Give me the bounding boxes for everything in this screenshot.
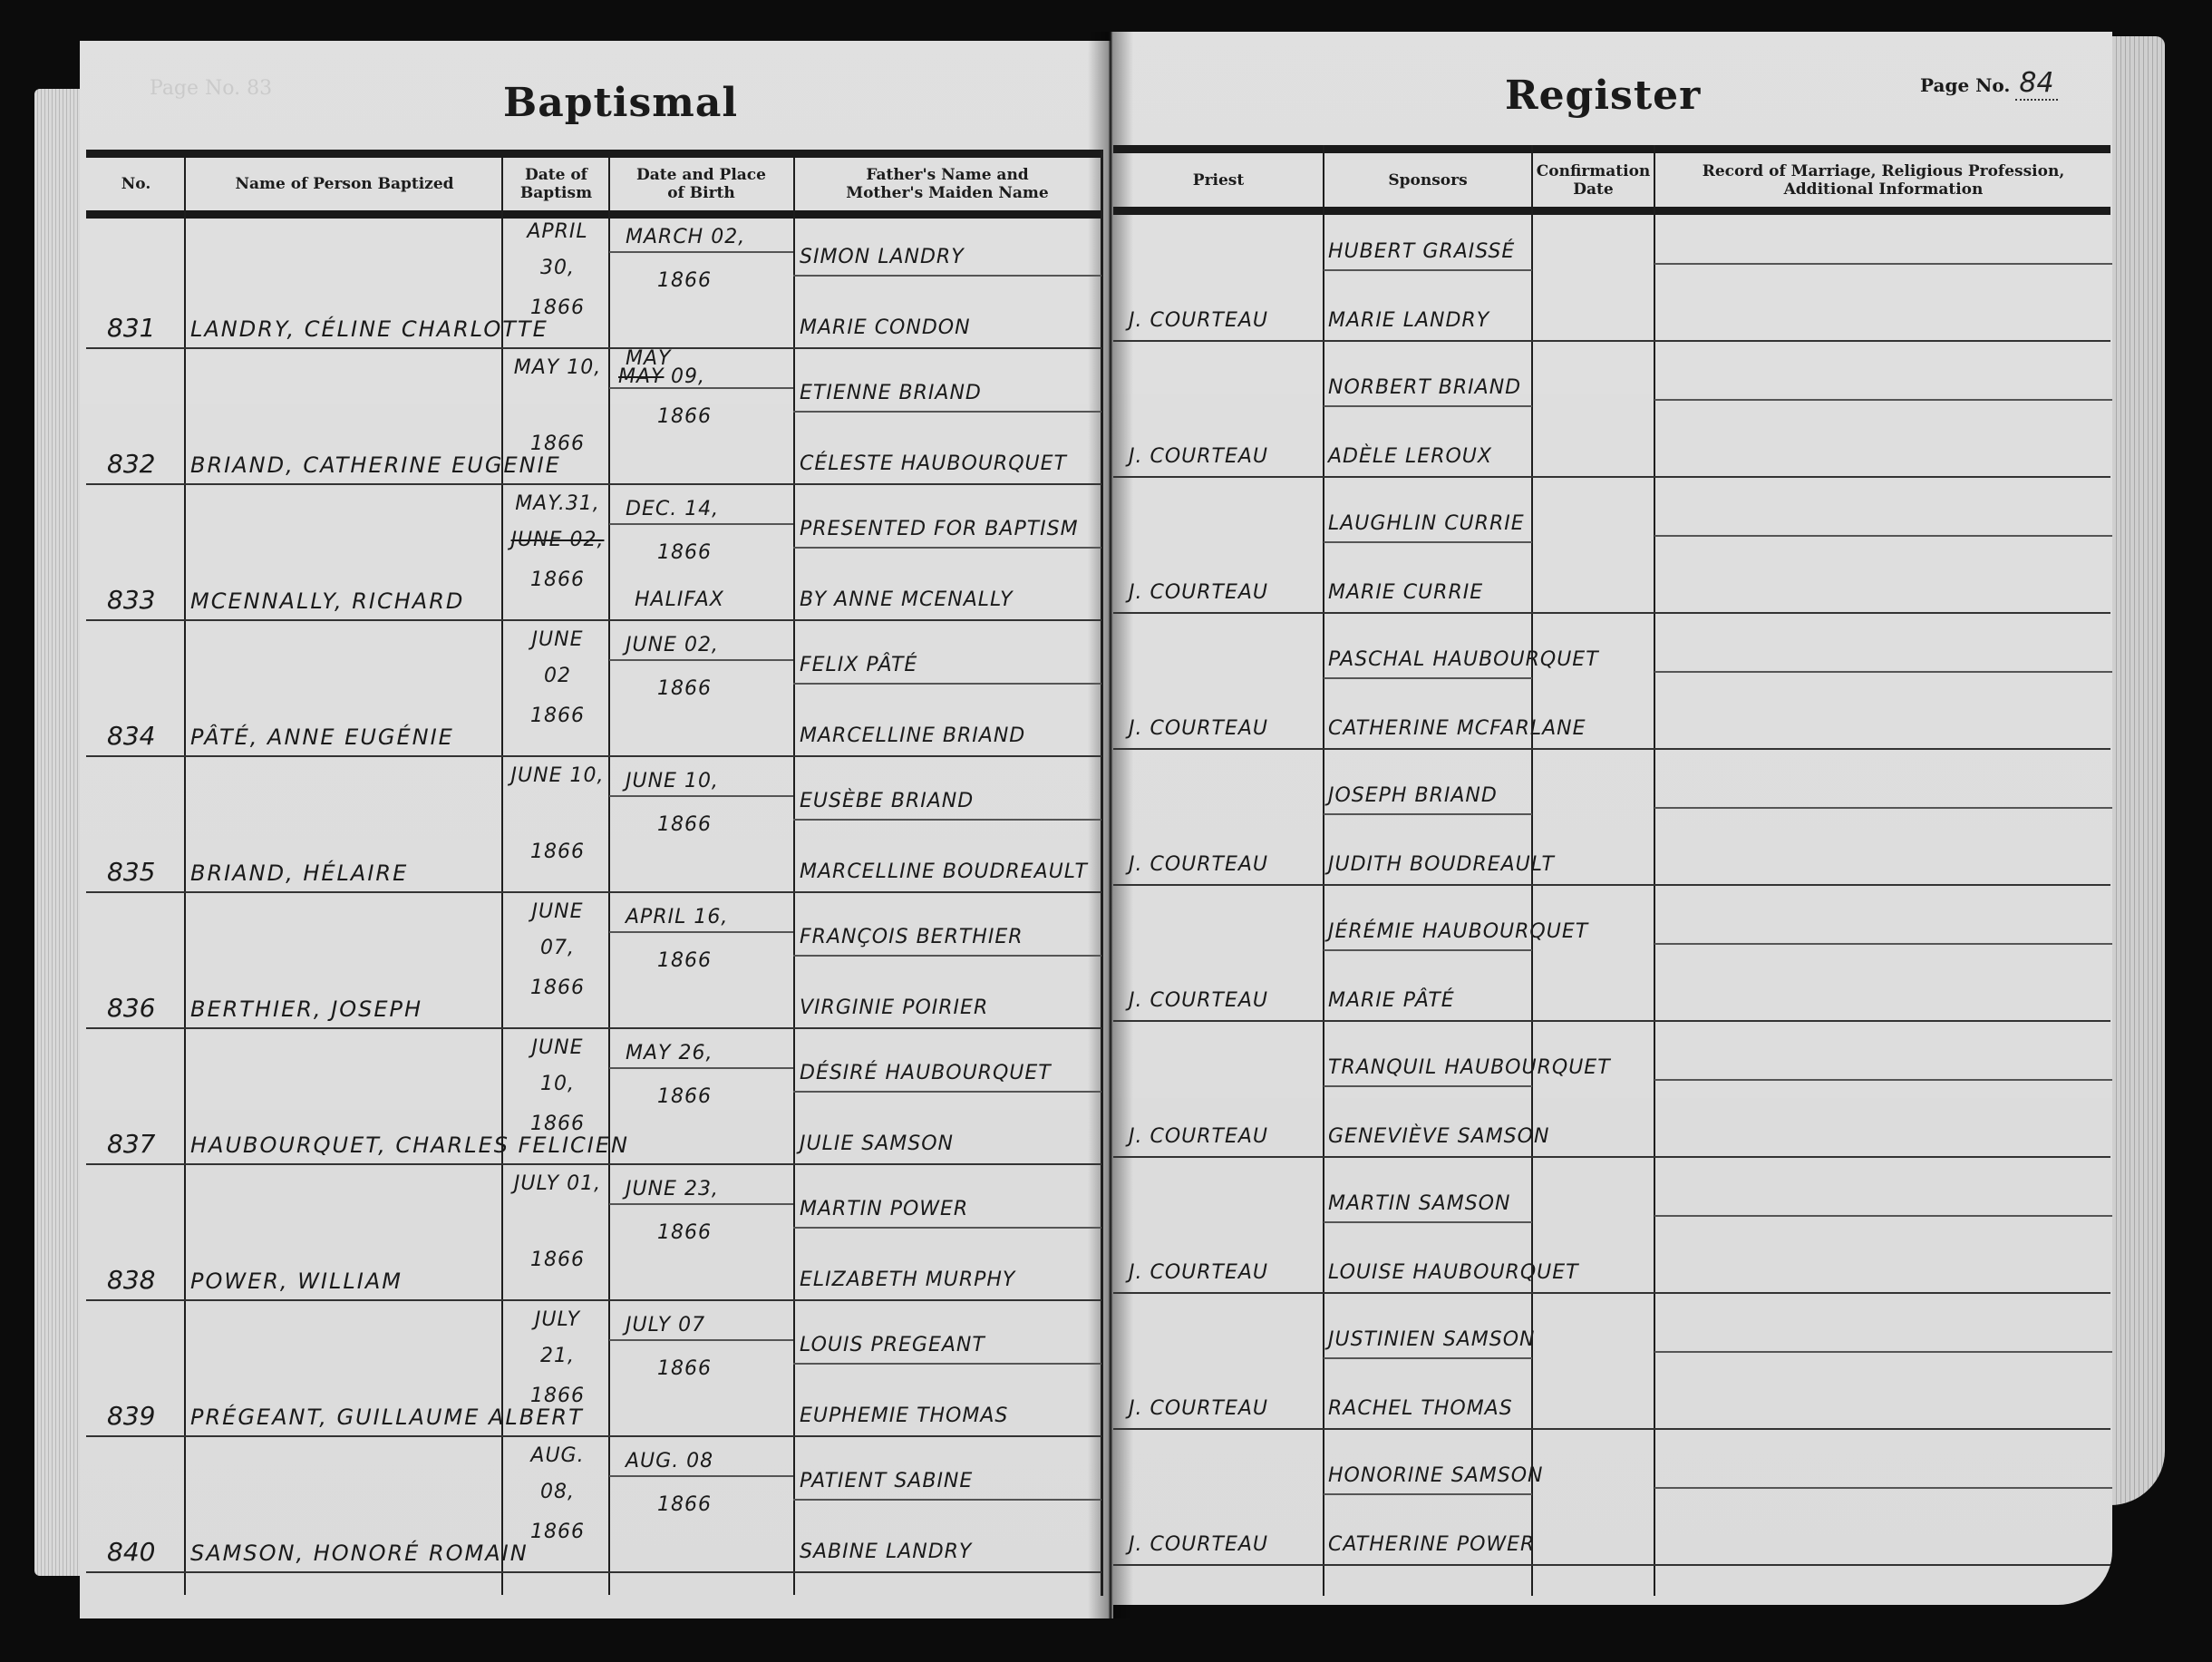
- col-header-date-of-baptism: Date ofBaptism: [503, 158, 609, 210]
- row-divider: [86, 483, 1101, 485]
- row-divider: [86, 891, 1101, 893]
- parents-divider: [793, 411, 1101, 413]
- header-bottom-rule-left: [86, 210, 1101, 219]
- sponsor-1: NORBERT BRIAND: [1328, 376, 1521, 399]
- father-name: PATIENT SABINE: [800, 1470, 973, 1492]
- record-divider: [1654, 263, 2112, 265]
- right-page-title: Register: [1505, 73, 1701, 119]
- birth-date-underline: [609, 659, 793, 661]
- sponsor-2: MARIE CURRIE: [1328, 581, 1483, 604]
- birth-date: JUNE 10,: [626, 770, 719, 792]
- mother-maiden-name: MARCELLINE BRIAND: [800, 724, 1025, 747]
- row-divider: [86, 1435, 1101, 1437]
- col-header-sponsors: Sponsors: [1324, 154, 1532, 207]
- sponsor-2: CATHERINE McFARLANE: [1328, 717, 1586, 740]
- father-name: ETIENNE BRIAND: [800, 382, 982, 404]
- row-divider: [1113, 340, 2110, 342]
- sponsor-1: JOSEPH BRIAND: [1328, 784, 1498, 807]
- birth-date: JULY 07: [626, 1314, 705, 1336]
- row-divider: [1113, 1156, 2110, 1158]
- person-baptized: SAMSON, HONORÉ ROMAIN: [190, 1541, 529, 1566]
- col-divider: [184, 158, 186, 1595]
- right-page: [1111, 32, 2112, 1605]
- baptism-date-line-1: JULY 01,: [508, 1172, 607, 1195]
- bleed-through-text: Page No. 83: [150, 77, 272, 100]
- baptism-year: 1866: [508, 1521, 607, 1543]
- sponsors-divider: [1324, 1085, 1532, 1087]
- baptism-date-line-1: JUNE 10,: [508, 764, 607, 787]
- mother-maiden-name: EUPHEMIE THOMAS: [800, 1404, 1008, 1427]
- sponsors-divider: [1324, 1357, 1532, 1359]
- baptism-year: 1866: [508, 1113, 607, 1135]
- priest-name: J. COURTEAU: [1129, 1125, 1268, 1148]
- birth-date-struck: MAY: [618, 365, 664, 388]
- col-header-name: Name of Person Baptized: [186, 158, 503, 210]
- father-name: Presented for Baptism: [800, 518, 1079, 540]
- row-divider: [86, 1027, 1101, 1029]
- person-baptized: BRIAND, HÉLAIRE: [190, 860, 408, 886]
- baptism-year: 1866: [508, 1249, 607, 1271]
- record-divider: [1654, 807, 2112, 809]
- sponsor-1: HUBERT GRAISSÉ: [1328, 240, 1515, 263]
- header-top-rule-right: [1113, 145, 2110, 153]
- birth-year: 1866: [657, 405, 712, 428]
- sponsor-2: CATHERINE POWER: [1328, 1533, 1535, 1556]
- baptism-year: 1866: [508, 1385, 607, 1407]
- record-divider: [1654, 943, 2112, 945]
- baptism-date-line-2: 10,: [508, 1073, 607, 1095]
- baptism-date-line-1: AUG.: [508, 1444, 607, 1467]
- row-divider: [86, 619, 1101, 621]
- birth-date: 09,: [671, 365, 705, 388]
- birth-date: JUNE 02,: [626, 634, 719, 656]
- sponsor-1: TRANQUIL HAUBOURQUET: [1328, 1056, 1611, 1079]
- sponsors-divider: [1324, 405, 1532, 407]
- sponsors-divider: [1324, 813, 1532, 815]
- sponsors-divider: [1324, 949, 1532, 951]
- birth-date: DEC. 14,: [626, 498, 719, 520]
- birth-year: 1866: [657, 677, 712, 700]
- sponsor-2: ADÈLE LEROUX: [1328, 445, 1492, 468]
- baptism-date-line-1: JULY: [508, 1308, 607, 1331]
- row-divider: [86, 1163, 1101, 1165]
- baptism-date-line-2: 30,: [508, 257, 607, 279]
- row-divider: [1113, 884, 2110, 886]
- mother-maiden-name: by ANNE McENALLY: [800, 588, 1014, 611]
- entry-number: 834: [107, 721, 155, 751]
- birth-date-underline: [609, 931, 793, 933]
- col-divider: [1323, 145, 1324, 1596]
- priest-name: J. COURTEAU: [1129, 581, 1268, 604]
- father-name: FELIX PÂTÉ: [800, 654, 917, 676]
- header-top-rule-left: [86, 150, 1101, 158]
- entry-number: 835: [107, 857, 155, 887]
- priest-name: J. COURTEAU: [1129, 717, 1268, 740]
- baptism-date-line-1: JUNE: [508, 1036, 607, 1059]
- birth-year: 1866: [657, 813, 712, 836]
- row-divider: [86, 1299, 1101, 1301]
- row-divider: [86, 1571, 1101, 1573]
- person-baptized: HAUBOURQUET, CHARLES FELICIEN: [190, 1132, 629, 1158]
- birth-year: 1866: [657, 949, 712, 972]
- sponsor-1: PASCHAL HAUBOURQUET: [1328, 648, 1599, 671]
- birth-year: 1866: [657, 1085, 712, 1108]
- record-divider: [1654, 1215, 2112, 1217]
- sponsor-1: JUSTINIEN SAMSON: [1328, 1328, 1536, 1351]
- mother-maiden-name: ELIZABETH MURPHY: [800, 1268, 1015, 1291]
- col-divider: [608, 158, 610, 1595]
- baptism-year: 1866: [508, 977, 607, 999]
- sponsor-1: MARTIN SAMSON: [1328, 1192, 1510, 1215]
- priest-name: J. COURTEAU: [1129, 1397, 1268, 1420]
- baptism-date-line-2: 08,: [508, 1481, 607, 1503]
- page-number: Page No. 84: [1920, 67, 2058, 101]
- person-baptized: MCENNALLY, RICHARD: [190, 588, 464, 614]
- col-divider: [501, 158, 503, 1595]
- person-baptized: PÂTÉ, ANNE EUGÉNIE: [190, 724, 454, 750]
- person-baptized: BRIAND, CATHERINE EUGENIE: [190, 452, 561, 478]
- sponsor-2: LOUISE HAUBOURQUET: [1328, 1261, 1579, 1284]
- entry-number: 832: [107, 449, 155, 479]
- birth-date-underline: [609, 1203, 793, 1205]
- parents-divider: [793, 683, 1101, 685]
- record-divider: [1654, 671, 2112, 673]
- baptism-date-line-1: MAY 10,: [508, 356, 607, 379]
- sponsor-2: MARIE PÂTÉ: [1328, 989, 1455, 1012]
- mother-maiden-name: MARIE CONDON: [800, 316, 971, 339]
- birth-year: 1866: [657, 1493, 712, 1516]
- entry-number: 836: [107, 993, 155, 1023]
- birth-year: 1866: [657, 269, 712, 292]
- sponsors-divider: [1324, 677, 1532, 679]
- baptism-date-line-2: 02: [508, 665, 607, 687]
- baptism-date-line-1: JUNE: [508, 628, 607, 651]
- baptism-date-line-2: 21,: [508, 1345, 607, 1367]
- col-header-priest: Priest: [1113, 154, 1324, 207]
- birth-place: HALIFAX: [635, 588, 724, 611]
- birth-date-underline: [609, 251, 793, 253]
- left-page-title: Baptismal: [503, 80, 738, 126]
- baptism-year: 1866: [508, 433, 607, 455]
- col-divider: [1101, 150, 1103, 1596]
- parents-divider: [793, 275, 1101, 277]
- mother-maiden-name: CÉLESTE HAUBOURQUET: [800, 452, 1067, 475]
- parents-divider: [793, 547, 1101, 549]
- parents-divider: [793, 1499, 1101, 1501]
- birth-date-underline: [609, 795, 793, 797]
- record-divider: [1654, 399, 2112, 401]
- col-header-record: Record of Marriage, Religious Profession…: [1654, 154, 2112, 207]
- parents-divider: [793, 1091, 1101, 1093]
- sponsor-1: LAUGHLIN CURRIE: [1328, 512, 1525, 535]
- father-name: SIMON LANDRY: [800, 246, 965, 268]
- col-header-no: No.: [86, 158, 186, 210]
- record-divider: [1654, 1351, 2112, 1353]
- birth-date: AUG. 08: [626, 1450, 713, 1472]
- sponsors-divider: [1324, 1493, 1532, 1495]
- mother-maiden-name: VIRGINIE POIRIER: [800, 996, 988, 1019]
- sponsors-divider: [1324, 541, 1532, 543]
- row-divider: [1113, 1020, 2110, 1022]
- person-baptized: PRÉGEANT, GUILLAUME ALBERT: [190, 1404, 584, 1430]
- row-divider: [86, 347, 1101, 349]
- baptism-date-line-1: MAY.31,: [508, 492, 607, 515]
- birth-date: APRIL 16,: [626, 906, 728, 928]
- sponsor-2: RACHEL THOMAS: [1328, 1397, 1513, 1420]
- row-divider: [1113, 1564, 2110, 1566]
- priest-name: J. COURTEAU: [1129, 853, 1268, 876]
- entry-number: 831: [107, 313, 155, 343]
- col-divider: [793, 158, 795, 1595]
- birth-year: 1866: [657, 1221, 712, 1244]
- book-gutter: [1088, 32, 1133, 1618]
- baptism-year: 1866: [508, 841, 607, 863]
- col-header-birth: Date and Placeof Birth: [609, 158, 793, 210]
- sponsors-divider: [1324, 1221, 1532, 1223]
- priest-name: J. COURTEAU: [1129, 1261, 1268, 1284]
- baptism-date-line-2: 07,: [508, 937, 607, 959]
- baptism-year: 1866: [508, 569, 607, 591]
- page-number-value: 84: [2015, 67, 2057, 101]
- row-divider: [1113, 612, 2110, 614]
- baptism-date-line-1: JUNE: [508, 900, 607, 923]
- record-divider: [1654, 1487, 2112, 1489]
- mother-maiden-name: JULIE SAMSON: [800, 1132, 954, 1155]
- col-header-confirmation: ConfirmationDate: [1532, 154, 1654, 207]
- birth-date-underline: [609, 1475, 793, 1477]
- sponsor-2: GENEVIÈVE SAMSON: [1328, 1125, 1549, 1148]
- col-header-parents: Father's Name andMother's Maiden Name: [793, 158, 1101, 210]
- mother-maiden-name: MARCELLINE BOUDREAULT: [800, 860, 1088, 883]
- sponsor-1: JÉRÉMIE HAUBOURQUET: [1328, 920, 1588, 943]
- col-divider: [1654, 145, 1655, 1596]
- baptism-year: 1866: [508, 705, 607, 727]
- father-name: FRANÇOIS BERTHIER: [800, 926, 1024, 948]
- birth-year: 1866: [657, 1357, 712, 1380]
- record-divider: [1654, 1079, 2112, 1081]
- priest-name: J. COURTEAU: [1129, 1533, 1268, 1556]
- parents-divider: [793, 955, 1101, 957]
- sponsors-divider: [1324, 269, 1532, 271]
- sponsor-2: JUDITH BOUDREAULT: [1328, 853, 1555, 876]
- father-name: LOUIS PREGEANT: [800, 1334, 985, 1356]
- row-divider: [86, 755, 1101, 757]
- entry-number: 839: [107, 1401, 155, 1431]
- birth-year: 1866: [657, 541, 712, 564]
- father-name: EUSÈBE BRIAND: [800, 790, 974, 812]
- entry-number: 837: [107, 1129, 155, 1159]
- header-bottom-rule-right: [1113, 207, 2110, 215]
- birth-date: JUNE 23,: [626, 1178, 719, 1200]
- father-name: MARTIN POWER: [800, 1198, 968, 1220]
- mother-maiden-name: SABINE LANDRY: [800, 1541, 972, 1563]
- person-baptized: LANDRY, CÉLINE CHARLOTTE: [190, 316, 548, 342]
- birth-date-underline: [609, 523, 793, 525]
- priest-name: J. COURTEAU: [1129, 309, 1268, 332]
- parents-divider: [793, 819, 1101, 821]
- baptism-date-line-1: APRIL: [508, 220, 607, 243]
- parents-divider: [793, 1363, 1101, 1365]
- sponsor-2: MARIE LANDRY: [1328, 309, 1489, 332]
- row-divider: [1113, 476, 2110, 478]
- row-divider: [1113, 1292, 2110, 1294]
- baptism-date-line-2: JUNE 02,: [508, 529, 607, 551]
- person-baptized: BERTHIER, JOSEPH: [190, 996, 422, 1022]
- entry-number: 840: [107, 1537, 155, 1567]
- baptism-year: 1866: [508, 296, 607, 319]
- record-divider: [1654, 535, 2112, 537]
- priest-name: J. COURTEAU: [1129, 445, 1268, 468]
- priest-name: J. COURTEAU: [1129, 989, 1268, 1012]
- birth-date: MARCH 02,: [626, 226, 745, 248]
- row-divider: [1113, 748, 2110, 750]
- father-name: DÉSIRÉ HAUBOURQUET: [800, 1062, 1052, 1084]
- birth-date-underline: [609, 1067, 793, 1069]
- entry-number: 833: [107, 585, 155, 615]
- entry-number: 838: [107, 1265, 155, 1295]
- page-number-label: Page No.: [1920, 74, 2010, 96]
- sponsor-1: HONORINE SAMSON: [1328, 1464, 1544, 1487]
- parents-divider: [793, 1227, 1101, 1229]
- row-divider: [1113, 1428, 2110, 1430]
- right-page-stack: [2103, 36, 2165, 1505]
- birth-date: MAY 26,: [626, 1042, 713, 1064]
- person-baptized: POWER, WILLIAM: [190, 1268, 403, 1294]
- birth-date-underline: [609, 1339, 793, 1341]
